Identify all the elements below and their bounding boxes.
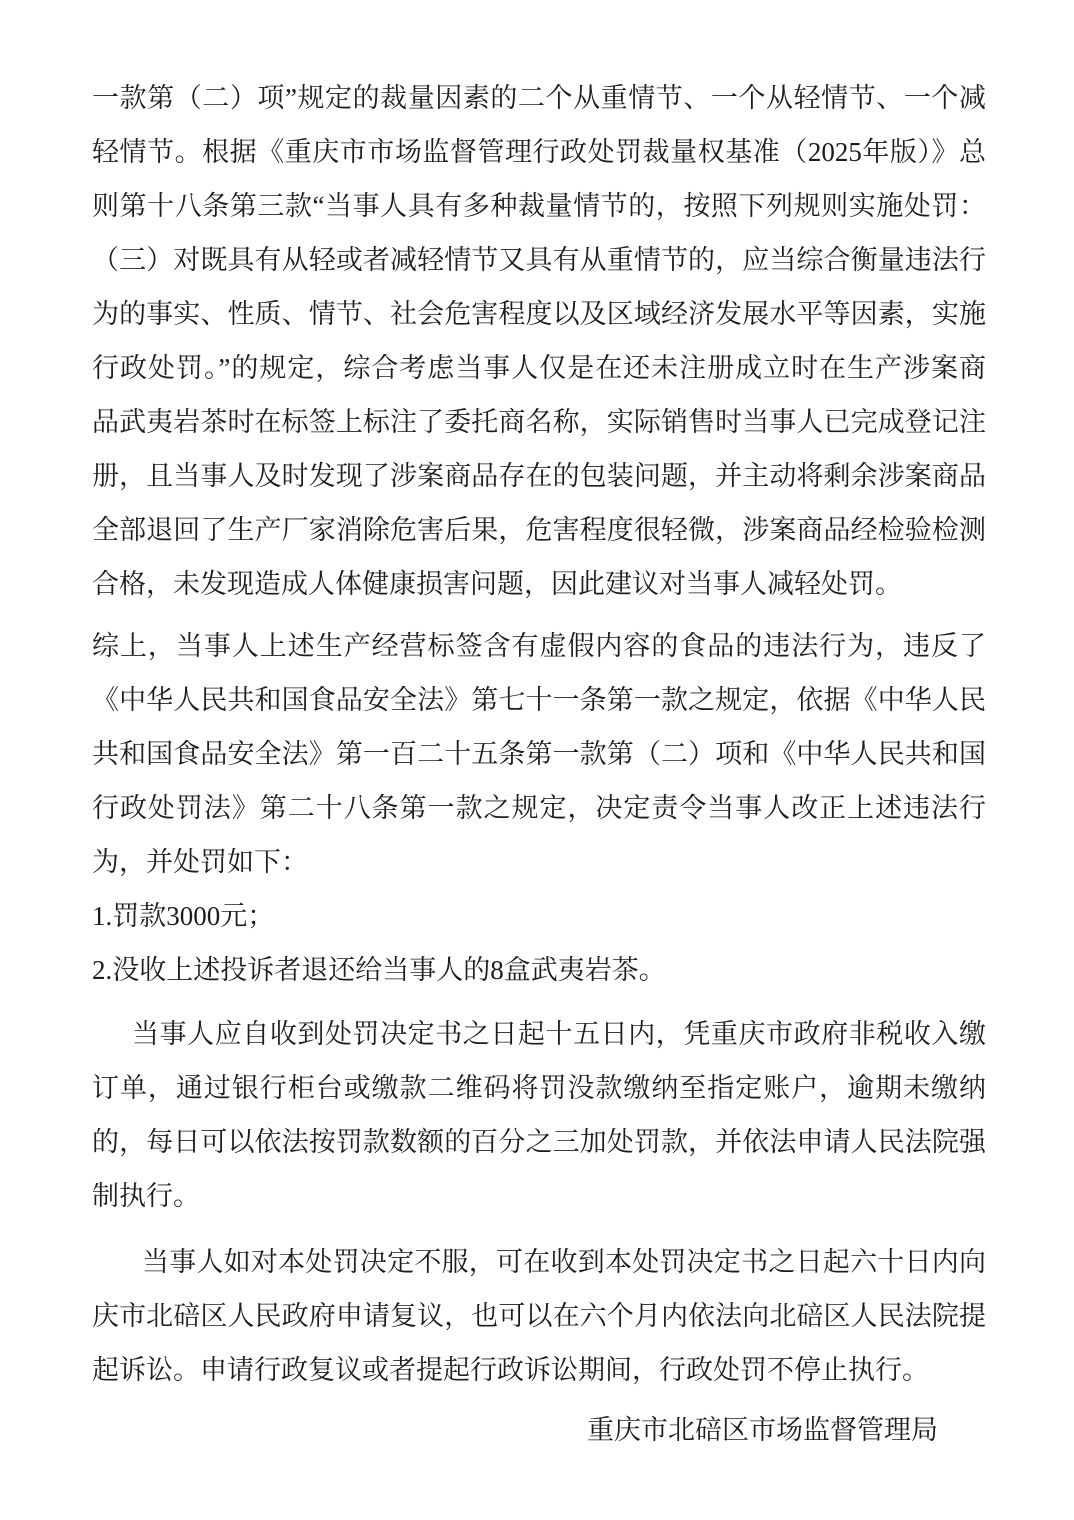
document-line: 全部退回了生产厂家消除危害后果，危害程度很轻微，涉案商品经检验检测 bbox=[92, 503, 986, 557]
document-line: 订单，通过银行柜台或缴款二维码将罚没款缴纳至指定账户，逾期未缴纳 bbox=[92, 1061, 986, 1115]
document-line: 综上，当事人上述生产经营标签含有虚假内容的食品的违法行为，违反了 bbox=[92, 619, 986, 673]
document-line: 一款第（二）项”规定的裁量因素的二个从重情节、一个从轻情节、一个减 bbox=[92, 71, 986, 125]
penalty-item-1: 1.罚款3000元； bbox=[92, 889, 986, 943]
document-line: 的，每日可以依法按罚款数额的百分之三加处罚款，并依法申请人民法院强 bbox=[92, 1115, 986, 1169]
document-line: 册，且当事人及时发现了涉案商品存在的包装问题，并主动将剩余涉案商品 bbox=[92, 449, 986, 503]
document-body: 一款第（二）项”规定的裁量因素的二个从重情节、一个从轻情节、一个减 轻情节。根据… bbox=[92, 71, 986, 1457]
penalty-item-2: 2.没收上述投诉者退还给当事人的8盒武夷岩茶。 bbox=[92, 943, 986, 997]
document-line: 为，并处罚如下： bbox=[92, 835, 986, 889]
document-page: 一款第（二）项”规定的裁量因素的二个从重情节、一个从轻情节、一个减 轻情节。根据… bbox=[0, 0, 1074, 1520]
document-line: 庆市北碚区人民政府申请复议，也可以在六个月内依法向北碚区人民法院提 bbox=[92, 1289, 986, 1343]
document-line: 制执行。 bbox=[92, 1169, 986, 1223]
document-line: 轻情节。根据《重庆市市场监督管理行政处罚裁量权基准（2025年版）》总 bbox=[92, 125, 986, 179]
issuer-signature: 重庆市北碚区市场监督管理局 bbox=[92, 1403, 986, 1457]
document-line: 《中华人民共和国食品安全法》第七十一条第一款之规定，依据《中华人民 bbox=[92, 673, 986, 727]
document-line: 行政处罚。”的规定，综合考虑当事人仅是在还未注册成立时在生产涉案商 bbox=[92, 341, 986, 395]
document-line: 品武夷岩茶时在标签上标注了委托商名称，实际销售时当事人已完成登记注 bbox=[92, 395, 986, 449]
document-line: 为的事实、性质、情节、社会危害程度以及区域经济发展水平等因素，实施 bbox=[92, 287, 986, 341]
document-line: （三）对既具有从轻或者减轻情节又具有从重情节的，应当综合衡量违法行 bbox=[92, 233, 986, 287]
document-line: 共和国食品安全法》第一百二十五条第一款第（二）项和《中华人民共和国 bbox=[92, 727, 986, 781]
document-line: 起诉讼。申请行政复议或者提起行政诉讼期间，行政处罚不停止执行。 bbox=[92, 1343, 986, 1397]
document-line: 则第十八条第三款“当事人具有多种裁量情节的，按照下列规则实施处罚： bbox=[92, 179, 986, 233]
document-line: 行政处罚法》第二十八条第一款之规定，决定责令当事人改正上述违法行 bbox=[92, 781, 986, 835]
document-line: 当事人应自收到处罚决定书之日起十五日内，凭重庆市政府非税收入缴 bbox=[92, 1007, 986, 1061]
document-line: 当事人如对本处罚决定不服，可在收到本处罚决定书之日起六十日内向 bbox=[92, 1235, 986, 1289]
document-line: 合格，未发现造成人体健康损害问题，因此建议对当事人减轻处罚。 bbox=[92, 557, 986, 611]
